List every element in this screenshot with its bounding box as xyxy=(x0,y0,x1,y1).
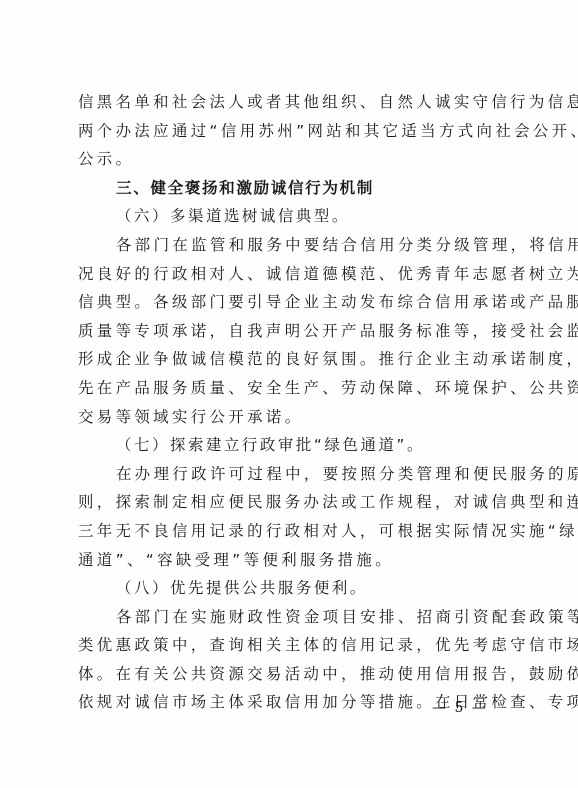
body-line: 通道”、“容缺受理”等便利服务措施。 xyxy=(78,546,498,575)
body-line: 信黑名单和社会法人或者其他组织、自然人诚实守信行为信息。 xyxy=(78,88,498,117)
body-line: 况良好的行政相对人、诚信道德模范、优秀青年志愿者树立为诚 xyxy=(78,260,498,289)
body-line: 体。在有关公共资源交易活动中，推动使用信用报告，鼓励依法 xyxy=(78,660,498,689)
body-line: 交易等领域实行公开承诺。 xyxy=(78,403,498,432)
body-line: 则，探索制定相应便民服务办法或工作规程，对诚信典型和连续 xyxy=(78,488,498,517)
body-line: 形成企业争做诚信模范的良好氛围。推行企业主动承诺制度，率 xyxy=(78,345,498,374)
subsection-heading: （六）多渠道选树诚信典型。 xyxy=(78,202,498,231)
body-line: 信典型。各级部门要引导企业主动发布综合信用承诺或产品服务 xyxy=(78,288,498,317)
body-line: 质量等专项承诺，自我声明公开产品服务标准等，接受社会监督， xyxy=(78,317,498,346)
section-heading: 三、健全褒扬和激励诚信行为机制 xyxy=(78,174,498,203)
subsection-heading: （七）探索建立行政审批“绿色通道”。 xyxy=(78,431,498,460)
page-number: — 5 — xyxy=(432,700,488,716)
subsection-heading: （八）优先提供公共服务便利。 xyxy=(78,574,498,603)
body-line: 类优惠政策中，查询相关主体的信用记录，优先考虑守信市场主 xyxy=(78,631,498,660)
body-line: 先在产品服务质量、安全生产、劳动保障、环境保护、公共资源 xyxy=(78,374,498,403)
document-page: 信黑名单和社会法人或者其他组织、自然人诚实守信行为信息。 两个办法应通过“信用苏… xyxy=(0,0,578,788)
body-line: 两个办法应通过“信用苏州”网站和其它适当方式向社会公开、 xyxy=(78,117,498,146)
body-line: 公示。 xyxy=(78,145,498,174)
body-line: 三年无不良信用记录的行政相对人，可根据实际情况实施“绿色 xyxy=(78,517,498,546)
paragraph-first-line: 在办理行政许可过程中，要按照分类管理和便民服务的原 xyxy=(78,460,498,489)
paragraph-first-line: 各部门在实施财政性资金项目安排、招商引资配套政策等各 xyxy=(78,603,498,632)
document-body: 信黑名单和社会法人或者其他组织、自然人诚实守信行为信息。 两个办法应通过“信用苏… xyxy=(78,88,498,717)
paragraph-first-line: 各部门在监管和服务中要结合信用分类分级管理，将信用状 xyxy=(78,231,498,260)
